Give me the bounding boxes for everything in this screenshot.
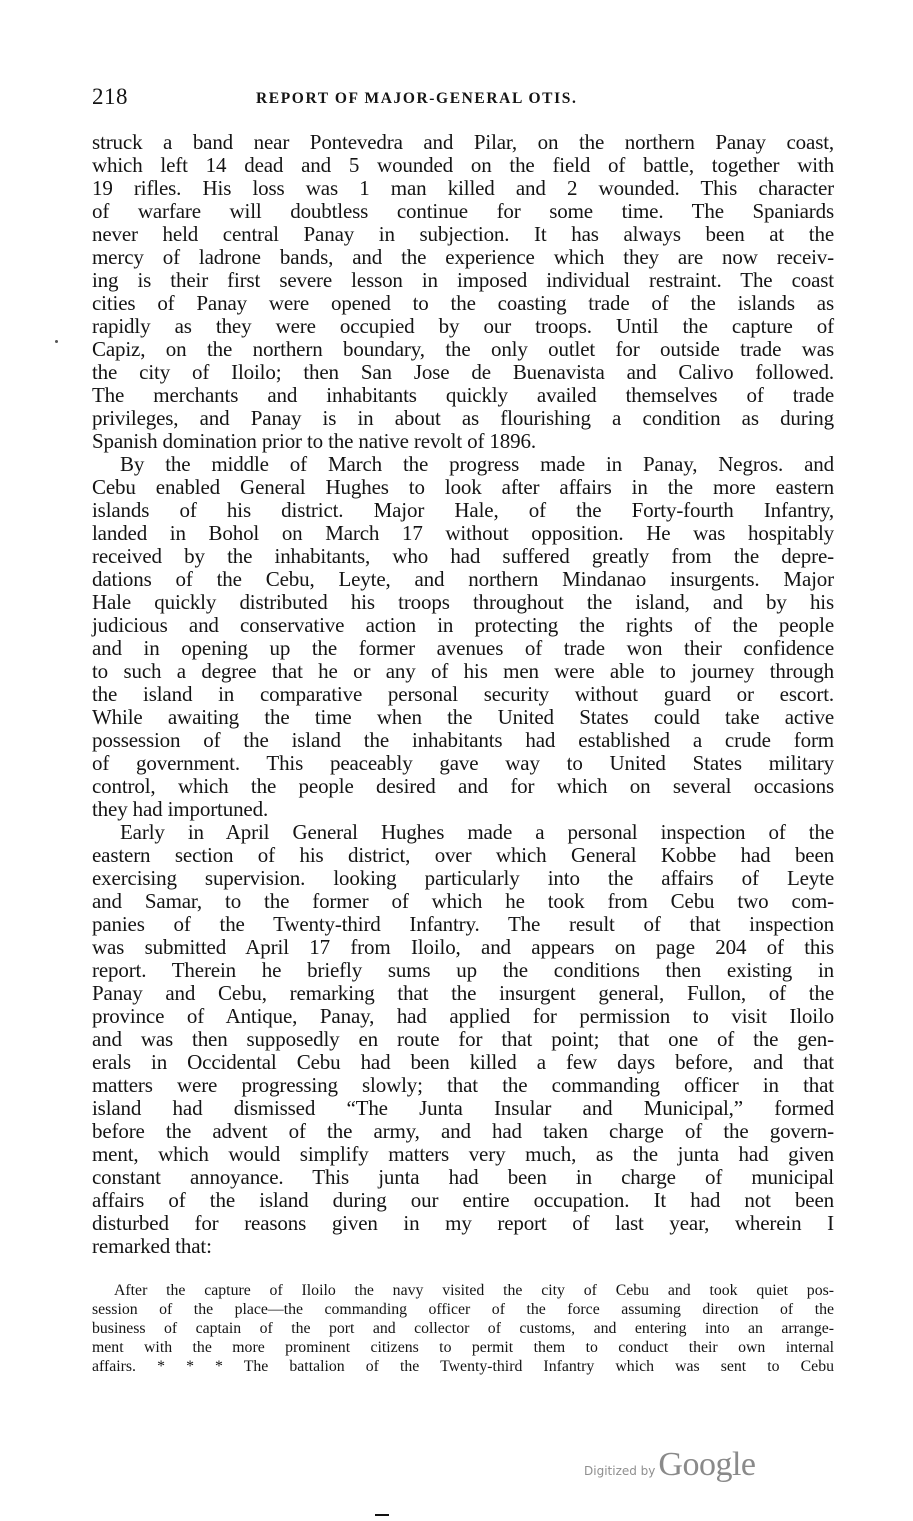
quote-line: ment with the more prominent citizens to… — [92, 1338, 834, 1357]
digitized-by-google-watermark: Digitized by Google — [584, 1446, 756, 1484]
text-line: By the middle of March the progress made… — [92, 453, 834, 476]
page-header: 218 REPORT OF MAJOR-GENERAL OTIS. — [92, 84, 834, 114]
text-line: privileges, and Panay is in about as flo… — [92, 407, 834, 430]
text-line: they had importuned. — [92, 798, 834, 821]
text-line: panies of the Twenty-third Infantry. The… — [92, 913, 834, 936]
text-line: judicious and conservative action in pro… — [92, 614, 834, 637]
text-line: and Samar, to the former of which he too… — [92, 890, 834, 913]
page-number: 218 — [92, 84, 128, 110]
text-line: possession of the island the inhabitants… — [92, 729, 834, 752]
text-line: islands of his district. Major Hale, of … — [92, 499, 834, 522]
quote-line: affairs. * * * The battalion of the Twen… — [92, 1357, 834, 1376]
block-quote: After the capture of Iloilo the navy vis… — [92, 1281, 834, 1376]
text-line: Spanish domination prior to the native r… — [92, 430, 834, 453]
quote-line: session of the place—the commanding offi… — [92, 1300, 834, 1319]
text-line: Early in April General Hughes made a per… — [92, 821, 834, 844]
text-line: to such a degree that he or any of his m… — [92, 660, 834, 683]
text-line: Panay and Cebu, remarking that the insur… — [92, 982, 834, 1005]
text-line: mercy of ladrone bands, and the experien… — [92, 246, 834, 269]
text-line: ment, which would simplify matters very … — [92, 1143, 834, 1166]
text-line: ing is their first severe lesson in impo… — [92, 269, 834, 292]
text-line: which left 14 dead and 5 wounded on the … — [92, 154, 834, 177]
text-line: erals in Occidental Cebu had been killed… — [92, 1051, 834, 1074]
text-line: received by the inhabitants, who had suf… — [92, 545, 834, 568]
text-line: cities of Panay were opened to the coast… — [92, 292, 834, 315]
text-line: rapidly as they were occupied by our tro… — [92, 315, 834, 338]
text-line: control, which the people desired and fo… — [92, 775, 834, 798]
text-line: exercising supervision. looking particul… — [92, 867, 834, 890]
text-line: and was then supposedly en route for tha… — [92, 1028, 834, 1051]
google-logo: Google — [658, 1446, 755, 1484]
text-line: of warfare will doubtless continue for s… — [92, 200, 834, 223]
text-line: affairs of the island during our entire … — [92, 1189, 834, 1212]
quote-line: After the capture of Iloilo the navy vis… — [92, 1281, 834, 1300]
body-text: struck a band near Pontevedra and Pilar,… — [92, 131, 834, 1258]
margin-mark — [55, 340, 58, 343]
text-line: remarked that: — [92, 1235, 834, 1258]
text-line: The merchants and inhabitants quickly av… — [92, 384, 834, 407]
text-line: was submitted April 17 from Iloilo, and … — [92, 936, 834, 959]
text-line: eastern section of his district, over wh… — [92, 844, 834, 867]
text-line: the island in comparative personal secur… — [92, 683, 834, 706]
text-line: Capiz, on the northern boundary, the onl… — [92, 338, 834, 361]
text-line: Cebu enabled General Hughes to look afte… — [92, 476, 834, 499]
text-line: the city of Iloilo; then San Jose de Bue… — [92, 361, 834, 384]
watermark-prefix: Digitized by — [584, 1464, 655, 1478]
text-line: 19 rifles. His loss was 1 man killed and… — [92, 177, 834, 200]
text-line: constant annoyance. This junta had been … — [92, 1166, 834, 1189]
text-line: and in opening up the former avenues of … — [92, 637, 834, 660]
text-line: While awaiting the time when the United … — [92, 706, 834, 729]
text-line: of government. This peaceably gave way t… — [92, 752, 834, 775]
text-line: Hale quickly distributed his troops thro… — [92, 591, 834, 614]
quote-line: business of captain of the port and coll… — [92, 1319, 834, 1338]
text-line: dations of the Cebu, Leyte, and northern… — [92, 568, 834, 591]
running-head: REPORT OF MAJOR-GENERAL OTIS. — [256, 90, 577, 108]
footer-dash — [375, 1514, 389, 1516]
text-line: report. Therein he briefly sums up the c… — [92, 959, 834, 982]
text-line: struck a band near Pontevedra and Pilar,… — [92, 131, 834, 154]
text-line: province of Antique, Panay, had applied … — [92, 1005, 834, 1028]
text-line: before the advent of the army, and had t… — [92, 1120, 834, 1143]
text-line: landed in Bohol on March 17 without oppo… — [92, 522, 834, 545]
text-line: matters were progressing slowly; that th… — [92, 1074, 834, 1097]
text-line: never held central Panay in subjection. … — [92, 223, 834, 246]
text-line: disturbed for reasons given in my report… — [92, 1212, 834, 1235]
text-line: island had dismissed “The Junta Insular … — [92, 1097, 834, 1120]
